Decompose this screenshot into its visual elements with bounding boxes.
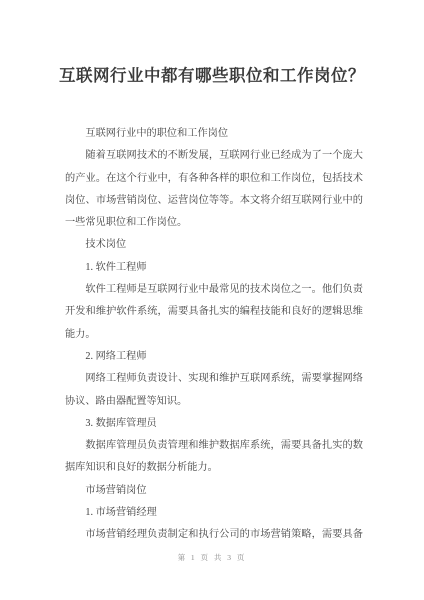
text-line-body: 的产业。在这个行业中，有各种各样的职位和工作岗位，包括技术 (65, 168, 363, 190)
text-line-heading: 技术岗位 (65, 234, 363, 256)
document-page: 互联网行业中都有哪些职位和工作岗位？ 互联网行业中的职位和工作岗位随着互联网技术… (0, 0, 424, 600)
text-line-body: 数据库管理员负责管理和维护数据库系统，需要具备扎实的数 (65, 435, 363, 457)
text-line-body: 协议、路由器配置等知识。 (65, 391, 363, 413)
text-line-body: 软件工程师是互联网行业中最常见的技术岗位之一。他们负责 (65, 279, 363, 301)
document-title: 互联网行业中都有哪些职位和工作岗位？ (0, 64, 424, 88)
text-line-subtitle: 互联网行业中的职位和工作岗位 (65, 123, 363, 145)
text-line-body: 据库知识和良好的数据分析能力。 (65, 457, 363, 479)
text-line-body: 能力。 (65, 324, 363, 346)
text-line-list-item: 1. 软件工程师 (65, 257, 363, 279)
page-footer: 第 1 页 共 3 页 (0, 552, 424, 564)
text-line-body: 开发和维护软件系统，需要具备扎实的编程技能和良好的逻辑思维 (65, 301, 363, 323)
text-line-body: 随着互联网技术的不断发展，互联网行业已经成为了一个庞大 (65, 145, 363, 167)
text-line-list-item: 2. 网络工程师 (65, 346, 363, 368)
text-line-heading: 市场营销岗位 (65, 480, 363, 502)
text-line-list-item: 3. 数据库管理员 (65, 413, 363, 435)
text-line-body: 岗位、市场营销岗位、运营岗位等等。本文将介绍互联网行业中的 (65, 190, 363, 212)
text-line-list-item: 1. 市场营销经理 (65, 502, 363, 524)
text-line-body: 网络工程师负责设计、实现和维护互联网系统，需要掌握网络 (65, 368, 363, 390)
document-body: 互联网行业中的职位和工作岗位随着互联网技术的不断发展，互联网行业已经成为了一个庞… (65, 123, 363, 547)
text-line-body: 一些常见职位和工作岗位。 (65, 212, 363, 234)
page-number-label: 第 1 页 共 3 页 (178, 553, 247, 562)
text-line-body: 市场营销经理负责制定和执行公司的市场营销策略，需要具备 (65, 524, 363, 546)
